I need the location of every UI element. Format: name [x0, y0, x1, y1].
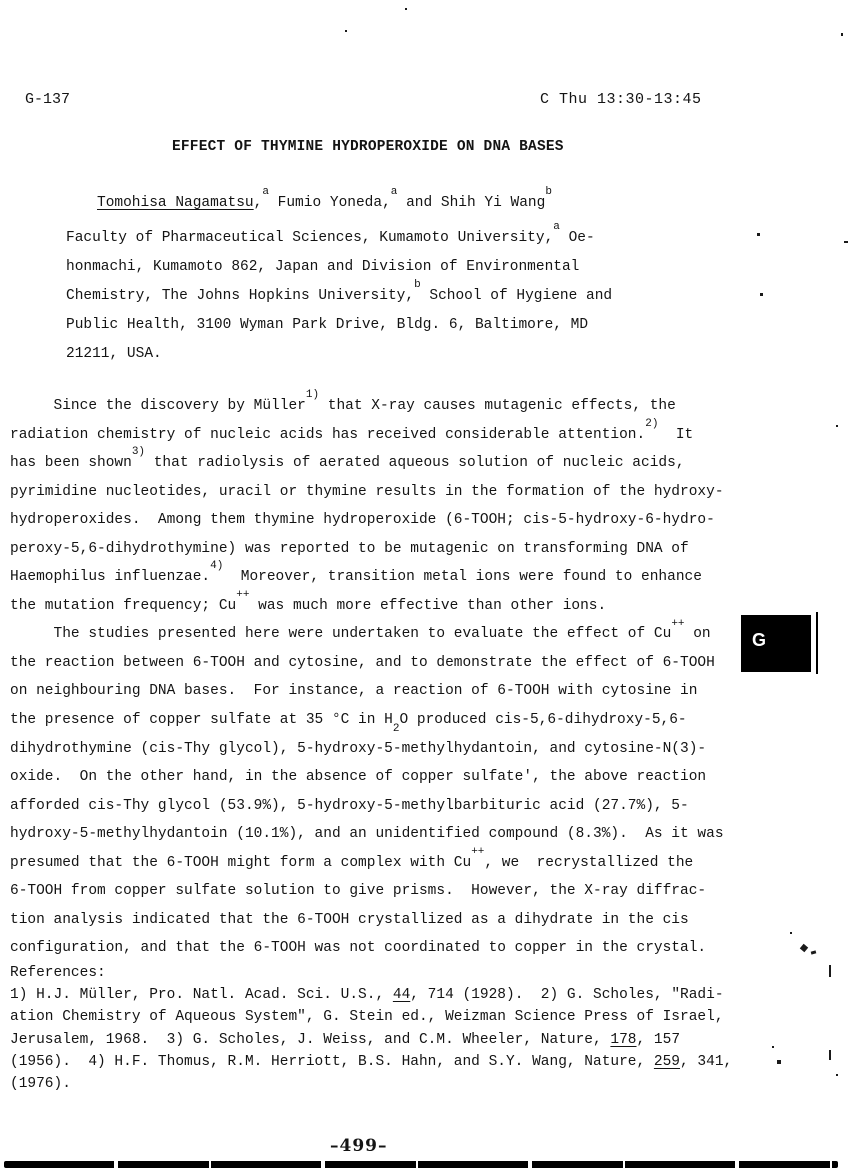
text-line: radiation chemistry of nucleic acids has… — [10, 421, 724, 450]
scan-speck — [760, 293, 763, 296]
references-list: 1) H.J. Müller, Pro. Natl. Acad. Sci. U.… — [10, 984, 732, 1095]
scan-speck — [829, 1050, 831, 1060]
scan-speck — [829, 965, 831, 977]
section-tab-edge-line — [816, 612, 818, 674]
abstract-code: G-137 — [25, 91, 70, 108]
text-line: (1976). — [10, 1073, 732, 1095]
scan-speck — [836, 425, 838, 427]
scan-speck — [757, 233, 760, 236]
page-edge-bar — [4, 1161, 838, 1168]
text-line: configuration, and that the 6-TOOH was n… — [10, 934, 724, 963]
text-line: on neighbouring DNA bases. For instance,… — [10, 677, 724, 706]
references-heading: References: — [10, 962, 732, 984]
text-line: Public Health, 3100 Wyman Park Drive, Bl… — [66, 311, 612, 340]
text-line: 1) H.J. Müller, Pro. Natl. Acad. Sci. U.… — [10, 984, 732, 1006]
text-line: ation Chemistry of Aqueous System", G. S… — [10, 1006, 732, 1028]
authors-line: Tomohisa Nagamatsu,a Fumio Yoneda,a and … — [97, 189, 552, 218]
abstract-body: Since the discovery by Müller1) that X-r… — [10, 392, 724, 963]
text-line: Faculty of Pharmaceutical Sciences, Kuma… — [66, 224, 612, 253]
handwritten-mark — [800, 944, 808, 952]
text-line: presumed that the 6-TOOH might form a co… — [10, 849, 724, 878]
handwritten-mark — [811, 950, 817, 954]
text-line: has been shown3) that radiolysis of aera… — [10, 449, 724, 478]
page-number: –499– — [330, 1136, 388, 1156]
text-line: tion analysis indicated that the 6-TOOH … — [10, 906, 724, 935]
text-line: oxide. On the other hand, in the absence… — [10, 763, 724, 792]
text-line: dihydrothymine (cis-Thy glycol), 5-hydro… — [10, 735, 724, 764]
text-line: the presence of copper sulfate at 35 °C … — [10, 706, 724, 735]
scan-speck — [841, 33, 843, 36]
scan-speck — [405, 8, 407, 10]
references-section: References: 1) H.J. Müller, Pro. Natl. A… — [10, 962, 732, 1095]
text-line: 21211, USA. — [66, 340, 612, 369]
text-line: The studies presented here were undertak… — [10, 620, 724, 649]
affiliation-block: Faculty of Pharmaceutical Sciences, Kuma… — [66, 224, 612, 369]
text-line: afforded cis-Thy glycol (53.9%), 5-hydro… — [10, 792, 724, 821]
text-line: Haemophilus influenzae.4) Moreover, tran… — [10, 563, 724, 592]
abstract-title: EFFECT OF THYMINE HYDROPEROXIDE ON DNA B… — [172, 139, 564, 155]
text-line: (1956). 4) H.F. Thomus, R.M. Herriott, B… — [10, 1051, 732, 1073]
text-line: Since the discovery by Müller1) that X-r… — [10, 392, 724, 421]
text-line: honmachi, Kumamoto 862, Japan and Divisi… — [66, 253, 612, 282]
scan-speck — [790, 932, 792, 934]
scan-speck — [772, 1046, 774, 1048]
scan-speck — [345, 30, 347, 32]
text-line: pyrimidine nucleotides, uracil or thymin… — [10, 478, 724, 507]
section-tab: G — [741, 615, 811, 672]
text-line: the mutation frequency; Cu++ was much mo… — [10, 592, 724, 621]
scan-speck — [777, 1060, 781, 1064]
text-line: 6-TOOH from copper sulfate solution to g… — [10, 877, 724, 906]
section-tab-label: G — [752, 631, 766, 649]
scan-speck — [836, 1074, 838, 1076]
text-line: Jerusalem, 1968. 3) G. Scholes, J. Weiss… — [10, 1029, 732, 1051]
scanned-abstract-page: G-137 C Thu 13:30-13:45 EFFECT OF THYMIN… — [0, 0, 850, 1172]
text-line: hydroperoxides. Among them thymine hydro… — [10, 506, 724, 535]
scan-speck — [844, 241, 848, 243]
text-line: Chemistry, The Johns Hopkins University,… — [66, 282, 612, 311]
text-line: the reaction between 6-TOOH and cytosine… — [10, 649, 724, 678]
text-line: hydroxy-5-methylhydantoin (10.1%), and a… — [10, 820, 724, 849]
text-line: peroxy-5,6-dihydrothymine) was reported … — [10, 535, 724, 564]
session-time: C Thu 13:30-13:45 — [540, 91, 702, 108]
